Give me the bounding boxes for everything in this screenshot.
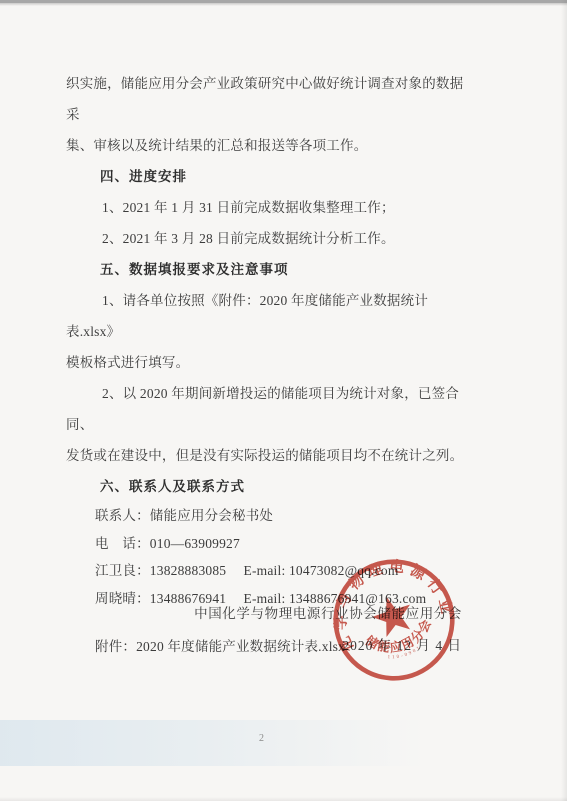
body-line-continuation-1: 织实施，储能应用分会产业政策研究中心做好统计调查对象的数据采 <box>66 68 470 130</box>
scanned-letter-page: 织实施，储能应用分会产业政策研究中心做好统计调查对象的数据采 集、审核以及统计结… <box>0 0 567 801</box>
scan-edge-right <box>561 0 567 801</box>
section5-item-2-line-2: 发货或在建设中，但是没有实际投运的储能项目均不在统计之列。 <box>66 440 470 471</box>
scan-edge-bottom <box>0 797 567 801</box>
section5-item-1-line-2: 模板格式进行填写。 <box>66 347 470 378</box>
page-number: 2 <box>259 733 264 744</box>
section4-item-1: 1、2021 年 1 月 31 日前完成数据收集整理工作； <box>66 192 470 223</box>
body-line-continuation-2: 集、审核以及统计结果的汇总和报送等各项工作。 <box>66 130 470 161</box>
contact-jiang-line: 江卫良：13828883085 E-mail: 10473082@qq.com <box>95 557 470 585</box>
contact-person-line: 联系人：储能应用分会秘书处 <box>95 502 470 530</box>
signature-organization: 中国化学与物理电源行业协会储能应用分会 <box>194 602 462 622</box>
contact-phone-line: 电 话：010—63909927 <box>95 530 470 558</box>
letter-body: 织实施，储能应用分会产业政策研究中心做好统计调查对象的数据采 集、审核以及统计结… <box>66 68 470 662</box>
section5-item-1-line-1: 1、请各单位按照《附件：2020 年度储能产业数据统计表.xlsx》 <box>66 285 470 347</box>
contact-block: 联系人：储能应用分会秘书处 电 话：010—63909927 江卫良：13828… <box>66 502 470 612</box>
scan-edge-top-fade <box>0 3 567 6</box>
signature-date: 2020 年 12 月 4 日 <box>342 634 462 654</box>
section4-item-2: 2、2021 年 3 月 28 日前完成数据统计分析工作。 <box>66 223 470 254</box>
section5-item-2-line-1: 2、以 2020 年期间新增投运的储能项目为统计对象，已签合同、 <box>66 378 470 440</box>
section6-heading: 六、联系人及联系方式 <box>66 471 470 502</box>
scan-artifact-band <box>0 720 500 766</box>
section4-heading: 四、进度安排 <box>66 161 470 192</box>
section5-heading: 五、数据填报要求及注意事项 <box>66 254 470 285</box>
